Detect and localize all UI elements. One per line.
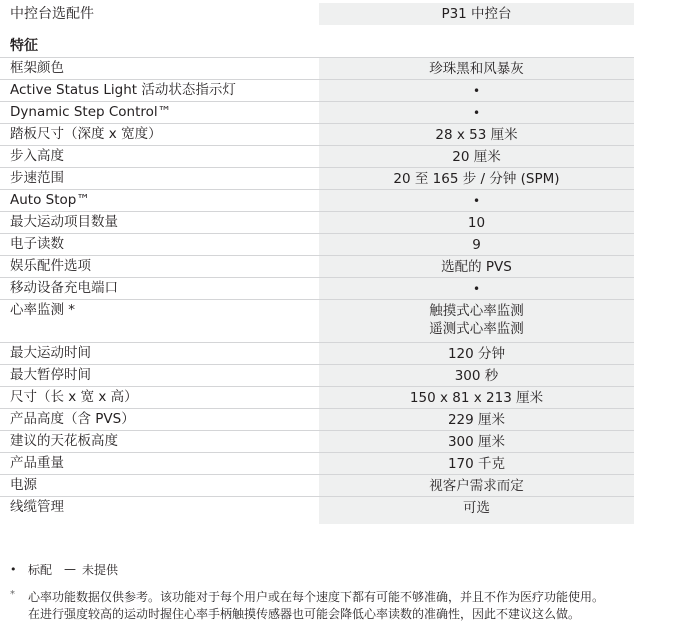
- spec-label: Dynamic Step Control™: [10, 102, 171, 123]
- spec-row: 步速范围20 至 165 步 / 分钟 (SPM): [0, 167, 634, 189]
- spec-row: Dynamic Step Control™•: [0, 101, 634, 123]
- standard-bullet-icon: •: [319, 82, 634, 100]
- disclaimer-line: 在进行强度较高的运动时握住心率手柄触摸传感器也可能会降低心率读数的准确性，因此不…: [28, 606, 690, 623]
- spec-value-line: 300 秒: [319, 367, 634, 385]
- legend: • 标配 — 未提供: [10, 560, 690, 578]
- spec-label: Auto Stop™: [10, 190, 90, 211]
- spec-value-line: 120 分钟: [319, 345, 634, 363]
- spec-value-line: 229 厘米: [319, 411, 634, 429]
- spec-label: 电子读数: [10, 234, 64, 255]
- spec-row: 最大暂停时间300 秒: [0, 364, 634, 386]
- spec-label: 踏板尺寸（深度 x 宽度）: [10, 124, 162, 145]
- spec-label: 线缆管理: [10, 497, 64, 518]
- spec-value-line: 20 厘米: [319, 148, 634, 166]
- spec-value: 229 厘米: [319, 409, 634, 429]
- spec-row: 踏板尺寸（深度 x 宽度）28 x 53 厘米: [0, 123, 634, 145]
- spec-row: 电源视客户需求而定: [0, 474, 634, 496]
- spec-row: 娱乐配件选项选配的 PVS: [0, 255, 634, 277]
- console-option-label: 中控台选配件: [10, 3, 94, 25]
- features-section-title: 特征: [10, 35, 38, 57]
- spec-label: 心率监测 *: [10, 300, 75, 321]
- spec-value-line: 150 x 81 x 213 厘米: [319, 389, 634, 407]
- spec-value-line: 10: [319, 214, 634, 232]
- standard-bullet-icon: •: [319, 192, 634, 210]
- standard-bullet-icon: •: [10, 563, 28, 576]
- spec-value-line: 可选: [319, 499, 634, 517]
- spec-label: 移动设备充电端口: [10, 278, 118, 299]
- spec-value: 300 厘米: [319, 431, 634, 451]
- spec-label: 步速范围: [10, 168, 64, 189]
- legend-standard-label: 标配: [28, 561, 52, 578]
- heart-rate-disclaimer: * 心率功能数据仅供参考。该功能对于每个用户或在每个速度下都有可能不够准确，并且…: [10, 589, 690, 623]
- spec-value: 视客户需求而定: [319, 475, 634, 495]
- spec-label: 最大暂停时间: [10, 365, 91, 386]
- spec-label: 最大运动时间: [10, 343, 91, 364]
- spec-row: 尺寸（长 x 宽 x 高）150 x 81 x 213 厘米: [0, 386, 634, 408]
- spec-label: 建议的天花板高度: [10, 431, 118, 452]
- spec-row: 移动设备充电端口•: [0, 277, 634, 299]
- spec-row: 心率监测 *触摸式心率监测遥测式心率监测: [0, 299, 634, 342]
- footer-notes: • 标配 — 未提供 * 心率功能数据仅供参考。该功能对于每个用户或在每个速度下…: [10, 560, 690, 623]
- spec-value: 170 千克: [319, 453, 634, 473]
- spec-value: 150 x 81 x 213 厘米: [319, 387, 634, 407]
- spec-label: 尺寸（长 x 宽 x 高）: [10, 387, 138, 408]
- spec-value-line: 选配的 PVS: [319, 258, 634, 276]
- spec-value: •: [319, 278, 634, 298]
- spec-value-line: 遥测式心率监测: [319, 320, 634, 338]
- spec-row: 最大运动时间120 分钟: [0, 342, 634, 364]
- spec-label: 步入高度: [10, 146, 64, 167]
- spec-label: 产品重量: [10, 453, 64, 474]
- spec-row: 电子读数9: [0, 233, 634, 255]
- asterisk-icon: *: [10, 589, 28, 623]
- spec-value-line: 28 x 53 厘米: [319, 126, 634, 144]
- spec-value-line: 珍珠黑和风暴灰: [319, 60, 634, 78]
- spec-value: 珍珠黑和风暴灰: [319, 58, 634, 78]
- spec-label: 电源: [10, 475, 37, 496]
- spec-label: Active Status Light 活动状态指示灯: [10, 80, 236, 101]
- spec-value-line: 300 厘米: [319, 433, 634, 451]
- spec-value: 28 x 53 厘米: [319, 124, 634, 144]
- spec-row: 线缆管理可选: [0, 496, 634, 518]
- spec-sheet: 中控台选配件 P31 中控台 特征 框架颜色珍珠黑和风暴灰Active Stat…: [0, 0, 694, 636]
- spec-row: 产品高度（含 PVS）229 厘米: [0, 408, 634, 430]
- spec-value-line: 触摸式心率监测: [319, 302, 634, 320]
- spec-label: 产品高度（含 PVS）: [10, 409, 135, 430]
- spec-row: 建议的天花板高度300 厘米: [0, 430, 634, 452]
- spec-table: 框架颜色珍珠黑和风暴灰Active Status Light 活动状态指示灯•D…: [0, 57, 634, 518]
- spec-label: 最大运动项目数量: [10, 212, 118, 233]
- spec-row: Active Status Light 活动状态指示灯•: [0, 79, 634, 101]
- spec-value: 可选: [319, 497, 634, 517]
- spec-value: 20 厘米: [319, 146, 634, 166]
- disclaimer-line: 心率功能数据仅供参考。该功能对于每个用户或在每个速度下都有可能不够准确，并且不作…: [28, 589, 690, 606]
- spec-value-line: 170 千克: [319, 455, 634, 473]
- disclaimer-text: 心率功能数据仅供参考。该功能对于每个用户或在每个速度下都有可能不够准确，并且不作…: [28, 589, 690, 623]
- spec-value: •: [319, 80, 634, 100]
- spec-value-line: 20 至 165 步 / 分钟 (SPM): [319, 170, 634, 188]
- console-option-header: 中控台选配件 P31 中控台: [0, 3, 634, 25]
- spec-value: 9: [319, 234, 634, 254]
- spec-value-line: 视客户需求而定: [319, 477, 634, 495]
- legend-not-available-label: 未提供: [82, 561, 118, 578]
- spec-row: 产品重量170 千克: [0, 452, 634, 474]
- spec-value: •: [319, 102, 634, 122]
- spec-row: 步入高度20 厘米: [0, 145, 634, 167]
- spec-value: 300 秒: [319, 365, 634, 385]
- spec-value: 20 至 165 步 / 分钟 (SPM): [319, 168, 634, 188]
- spec-value: 120 分钟: [319, 343, 634, 363]
- spec-label: 娱乐配件选项: [10, 256, 91, 277]
- spec-row: Auto Stop™•: [0, 189, 634, 211]
- spec-row: 最大运动项目数量10: [0, 211, 634, 233]
- spec-value: 10: [319, 212, 634, 232]
- spec-row: 框架颜色珍珠黑和风暴灰: [0, 57, 634, 79]
- spec-label: 框架颜色: [10, 58, 64, 79]
- spec-value: •: [319, 190, 634, 210]
- not-available-dash-icon: —: [64, 562, 76, 576]
- spec-value-line: 9: [319, 236, 634, 254]
- spec-value: 选配的 PVS: [319, 256, 634, 276]
- standard-bullet-icon: •: [319, 104, 634, 122]
- console-option-value: P31 中控台: [319, 3, 634, 25]
- standard-bullet-icon: •: [319, 280, 634, 298]
- spec-value: 触摸式心率监测遥测式心率监测: [319, 300, 634, 338]
